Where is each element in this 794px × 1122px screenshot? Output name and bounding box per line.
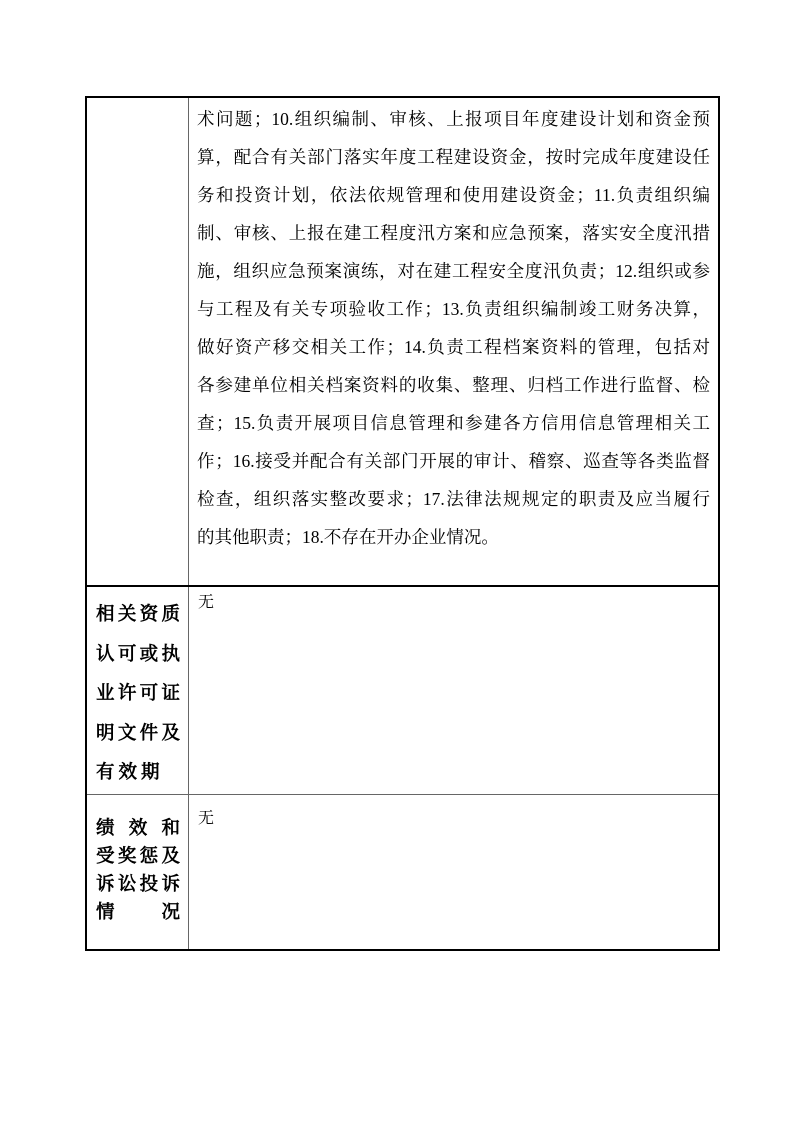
header-line: 受奖惩及 — [96, 843, 180, 871]
header-line: 明文件及 — [96, 715, 180, 755]
duties-text-line: 做好资产移交相关工作；14.负责工程档案资料的管理，包括对 — [197, 328, 710, 366]
duties-text-line: 施，组织应急预案演练，对在建工程安全度汛负责；12.组织或参 — [197, 252, 710, 290]
table-row-qualification: 相关资质 认可或执 业许可证 明文件及 有效期 无 — [87, 585, 718, 794]
duties-text-cell: 术问题；10.组织编制、审核、上报项目年度建设计划和资金预 算，配合有关部门落实… — [189, 98, 718, 585]
duties-text-line: 术问题；10.组织编制、审核、上报项目年度建设计划和资金预 — [197, 100, 710, 138]
header-line: 情况 — [96, 899, 180, 927]
duties-text-line: 务和投资计划，依法依规管理和使用建设资金；11.负责组织编 — [197, 176, 710, 214]
header-line: 认可或执 — [96, 636, 180, 676]
qualification-content-cell: 无 — [189, 587, 718, 794]
header-line: 业许可证 — [96, 675, 180, 715]
duties-text-line: 的其他职责；18.不存在开办企业情况。 — [197, 518, 710, 556]
document-page: 术问题；10.组织编制、审核、上报项目年度建设计划和资金预 算，配合有关部门落实… — [0, 0, 794, 1122]
table-row-performance: 绩效和 受奖惩及 诉讼投诉 情况 无 — [87, 794, 718, 949]
duties-text-line: 与工程及有关专项验收工作；13.负责组织编制竣工财务决算， — [197, 290, 710, 328]
header-line: 相关资质 — [96, 596, 180, 636]
duties-text-line: 各参建单位相关档案资料的收集、整理、归档工作进行监督、检 — [197, 366, 710, 404]
duties-text-line: 算，配合有关部门落实年度工程建设资金，按时完成年度建设任 — [197, 138, 710, 176]
duties-text-line: 制、审核、上报在建工程度汛方案和应急预案，落实安全度汛措 — [197, 214, 710, 252]
performance-content-cell: 无 — [189, 795, 718, 949]
duties-text-line: 检查，组织落实整改要求；17.法律法规规定的职责及应当履行 — [197, 480, 710, 518]
header-line: 绩效和 — [96, 815, 180, 843]
header-line: 有效期 — [96, 754, 180, 794]
performance-row-header: 绩效和 受奖惩及 诉讼投诉 情况 — [87, 795, 189, 949]
qualification-value: 无 — [189, 587, 718, 613]
duties-text-line: 查；15.负责开展项目信息管理和参建各方信用信息管理相关工 — [197, 404, 710, 442]
duties-text-line: 作；16.接受并配合有关部门开展的审计、稽察、巡查等各类监督 — [197, 442, 710, 480]
info-table: 术问题；10.组织编制、审核、上报项目年度建设计划和资金预 算，配合有关部门落实… — [85, 96, 720, 951]
qualification-row-header: 相关资质 认可或执 业许可证 明文件及 有效期 — [87, 587, 189, 794]
table-row-duties-continuation: 术问题；10.组织编制、审核、上报项目年度建设计划和资金预 算，配合有关部门落实… — [87, 98, 718, 585]
performance-value: 无 — [189, 795, 718, 829]
header-line: 诉讼投诉 — [96, 871, 180, 899]
duties-row-header-cell-empty — [87, 98, 189, 585]
